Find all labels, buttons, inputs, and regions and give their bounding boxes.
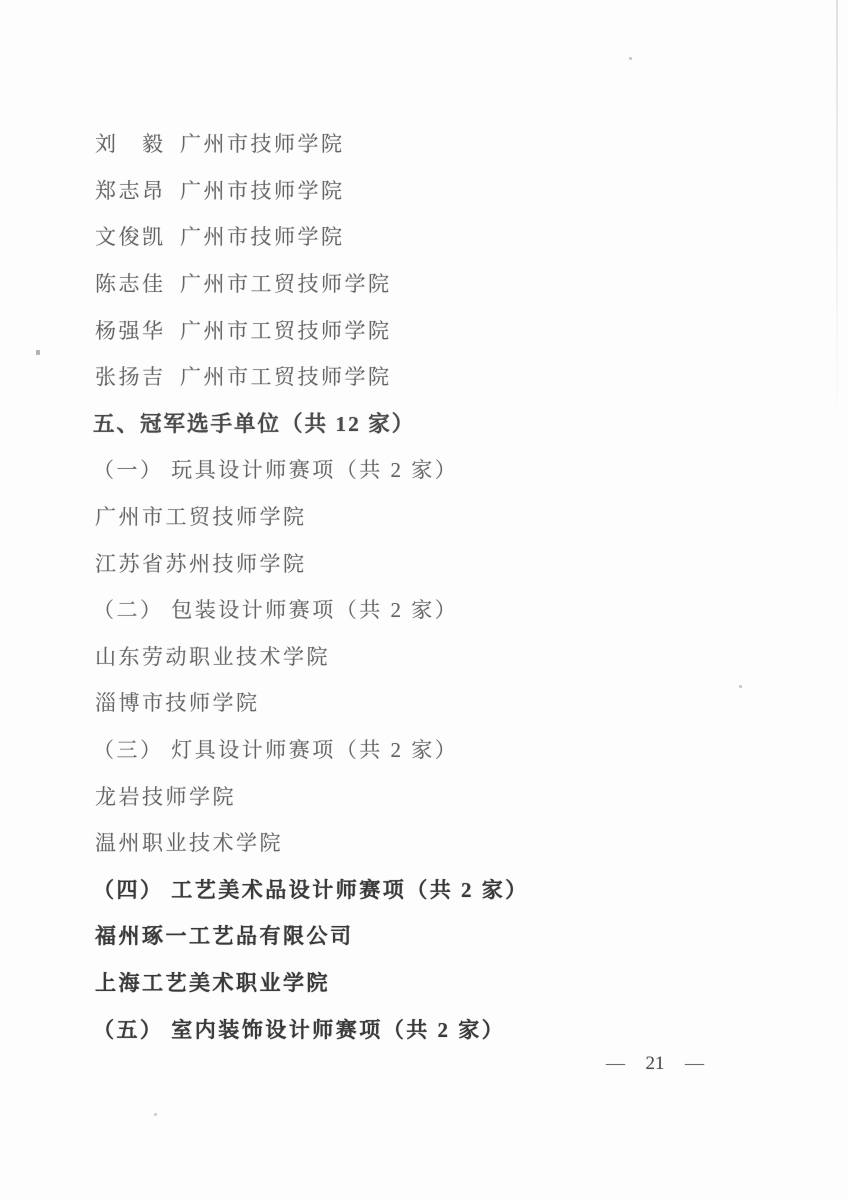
winner-row: 刘 毅 广州市技师学院 (95, 120, 818, 167)
subsection-heading: （二） 包装设计师赛项（共 2 家） (93, 586, 818, 633)
scan-speck (154, 1113, 157, 1116)
document-page: 刘 毅 广州市技师学院 郑志昂 广州市技师学院 文俊凯 广州市技师学院 陈志佳 … (0, 0, 848, 1200)
winner-name: 杨强华 (95, 315, 180, 345)
page-number-value: 21 (646, 1053, 665, 1075)
document-body: 刘 毅 广州市技师学院 郑志昂 广州市技师学院 文俊凯 广州市技师学院 陈志佳 … (95, 120, 818, 1052)
winner-name: 陈志佳 (95, 268, 180, 298)
section-heading: 五、冠军选手单位（共 12 家） (93, 400, 818, 447)
winner-row: 陈志佳 广州市工贸技师学院 (95, 260, 818, 307)
unit-line: 江苏省苏州技师学院 (95, 539, 818, 586)
unit-line: 上海工艺美术职业学院 (95, 959, 818, 1006)
unit-line: 福州琢一工艺品有限公司 (95, 912, 818, 959)
unit-line: 龙岩技师学院 (95, 772, 818, 819)
winner-unit: 广州市技师学院 (180, 175, 345, 205)
scan-edge-artifact (836, 0, 838, 430)
winner-name: 张扬吉 (95, 361, 180, 391)
scan-speck (629, 57, 632, 60)
unit-line: 淄博市技师学院 (95, 679, 818, 726)
winner-unit: 广州市工贸技师学院 (180, 315, 392, 345)
subsection-heading: （五） 室内装饰设计师赛项（共 2 家） (93, 1005, 818, 1052)
winner-row: 文俊凯 广州市技师学院 (95, 213, 818, 260)
winner-unit: 广州市技师学院 (180, 128, 345, 158)
page-number: — 21 — (606, 1050, 704, 1078)
winner-name: 文俊凯 (95, 221, 180, 251)
winner-row: 张扬吉 广州市工贸技师学院 (95, 353, 818, 400)
subsection-heading: （四） 工艺美术品设计师赛项（共 2 家） (93, 866, 818, 913)
winner-row: 杨强华 广州市工贸技师学院 (95, 306, 818, 353)
winner-name: 刘 毅 (95, 128, 180, 158)
winner-name: 郑志昂 (95, 175, 180, 205)
subsection-heading: （一） 玩具设计师赛项（共 2 家） (93, 446, 818, 493)
unit-line: 山东劳动职业技术学院 (95, 633, 818, 680)
page-number-dash-left: — (606, 1053, 625, 1075)
subsection-heading: （三） 灯具设计师赛项（共 2 家） (93, 726, 818, 773)
winner-unit: 广州市工贸技师学院 (180, 268, 392, 298)
scan-speck (739, 685, 742, 688)
unit-line: 温州职业技术学院 (95, 819, 818, 866)
winner-unit: 广州市技师学院 (180, 221, 345, 251)
winner-unit: 广州市工贸技师学院 (180, 361, 392, 391)
winner-row: 郑志昂 广州市技师学院 (95, 167, 818, 214)
unit-line: 广州市工贸技师学院 (95, 493, 818, 540)
scan-speck (36, 350, 40, 355)
page-number-dash-right: — (685, 1053, 704, 1075)
